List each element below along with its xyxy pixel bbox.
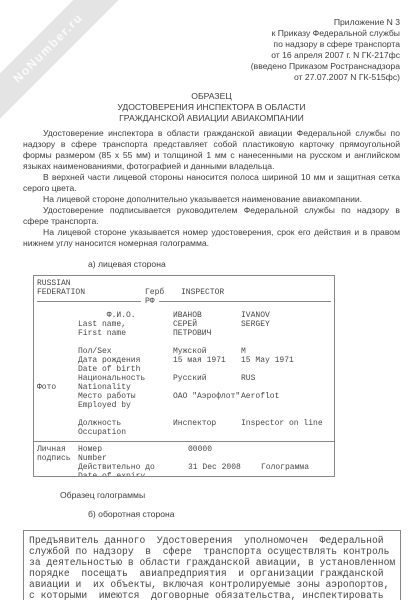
card-field-value-ru: СЕРЕЙ: [173, 320, 241, 329]
card-field-label: Number: [78, 454, 188, 463]
card-photo-label: [37, 329, 78, 338]
divider-line-right: [159, 301, 331, 302]
card-field-label: Должность: [78, 419, 173, 428]
card-field-value: 00000: [188, 445, 261, 454]
card-field-value-en: [241, 410, 334, 419]
card-field-value-en: IVANOV: [241, 311, 334, 320]
card-back-text-line: Предъявитель данного Удостоверения уполн…: [29, 535, 395, 546]
card-field-value-en: [241, 428, 334, 437]
card-hologram-label: Голограмма: [261, 463, 334, 472]
inspector-id-card-front: RUSSIAN FEDERATION Герб INSPECTOR РФ Ф.И…: [33, 275, 335, 477]
card-photo-label: [37, 401, 78, 410]
card-photo-label: Фото: [37, 383, 78, 392]
card-back-text-line: с которыми имеются договорные обязательс…: [29, 590, 395, 600]
card-field-label: Employed by: [78, 401, 173, 410]
document-title-line: ГРАЖДАНСКОЙ АВИАЦИИ АВИАКОМПАНИИ: [23, 113, 400, 124]
card-field-value-ru: 15 мая 1971: [173, 356, 241, 365]
card-field-label: Occupation: [78, 428, 173, 437]
card-field-value-ru: [173, 365, 241, 374]
divider-line-left: [37, 301, 141, 302]
card-photo-label: [37, 410, 78, 419]
card-hologram-label: [261, 445, 334, 454]
card-field-value-en: [241, 401, 334, 410]
document-page: Приложение N 3к Приказу Федеральной служ…: [0, 0, 420, 600]
document-title-line: ОБРАЗЕЦ: [23, 91, 400, 102]
card-field-label: [78, 410, 173, 419]
hologram-sample-label: Образец голограммы: [23, 490, 400, 501]
card-photo-label: [37, 392, 78, 401]
card-field-value: 31 Dec 2008: [188, 463, 261, 472]
card-field-value-ru: [173, 428, 241, 437]
card-field-label: Ф.И.О.: [78, 311, 173, 320]
card-photo-label: [37, 347, 78, 356]
card-signature-label: [37, 472, 78, 477]
card-back-text-line: за деятельностью в области гражданской а…: [29, 557, 395, 568]
card-photo-label: [37, 374, 78, 383]
card-main-fields: Ф.И.О. ИВАНОВ IVANOV Last name, СЕРЕЙ SE…: [34, 311, 334, 437]
front-side-label: а) лицевая сторона: [23, 259, 400, 270]
card-field-value-en: SERGEY: [241, 320, 334, 329]
body-paragraph: В верхней части лицевой стороны наноситс…: [23, 172, 400, 194]
card-field-label: Date of birth: [78, 365, 173, 374]
card-photo-label: [37, 365, 78, 374]
inspector-id-card-back: Предъявитель данного Удостоверения уполн…: [23, 530, 401, 600]
card-field-value-en: [241, 365, 334, 374]
body-paragraphs: Удостоверение инспектора в области гражд…: [23, 128, 400, 249]
document-title: ОБРАЗЕЦУДОСТОВЕРЕНИЯ ИНСПЕКТОРА В ОБЛАСТ…: [23, 91, 400, 124]
card-field-value-ru: Мужской: [173, 347, 241, 356]
card-field-value-ru: Инспектор: [173, 419, 241, 428]
card-field-label: First name: [78, 329, 173, 338]
card-field-value: [188, 472, 261, 477]
body-paragraph: Удостоверение инспектора в области гражд…: [23, 128, 400, 172]
card-field-label: Место работы: [78, 392, 173, 401]
card-field-value-en: M: [241, 347, 334, 356]
card-bottom-fields: Личная Номер 00000 подпись Number Действ…: [34, 441, 334, 477]
card-field-value-ru: ИВАНОВ: [173, 311, 241, 320]
card-field-value-ru: [173, 383, 241, 392]
order-reference-line: от 16 апреля 2007 г. N ГК-217фс: [23, 50, 400, 61]
card-field-value-ru: ОАО "Аэрофлот": [173, 392, 241, 401]
card-hologram-label: [261, 472, 334, 477]
card-field-value-en: Aeroflot: [241, 392, 334, 401]
card-field-label: Last name,: [78, 320, 173, 329]
card-field-value-en: 15 May 1971: [241, 356, 334, 365]
card-photo-label: [37, 419, 78, 428]
card-photo-label: [37, 428, 78, 437]
card-field-label: [78, 338, 173, 347]
card-field-label: Date of expiry: [78, 472, 188, 477]
card-field-value: [188, 454, 261, 463]
body-paragraph: На лицевой стороне дополнительно указыва…: [23, 194, 400, 205]
back-side-label: б) оборотная сторона: [23, 509, 400, 520]
card-field-value-en: [241, 338, 334, 347]
card-country-line1: RUSSIAN: [37, 279, 331, 288]
card-photo-label: [37, 311, 78, 320]
card-heading: INSPECTOR: [181, 288, 224, 297]
card-photo-label: [37, 356, 78, 365]
card-back-text-line: порядке посещать авиапредприятия и орган…: [29, 568, 395, 579]
card-field-label: Дата рождения: [78, 356, 173, 365]
order-reference-line: от 27.07.2007 N ГК-515фс): [23, 72, 400, 83]
card-back-text-line: авиации и их объекты, включая контролиру…: [29, 579, 395, 590]
body-paragraph: На лицевой стороне указывается номер удо…: [23, 227, 400, 249]
order-reference-line: (введено Приказом Ространснадзора: [23, 61, 400, 72]
card-photo-label: [37, 338, 78, 347]
document-title-line: УДОСТОВЕРЕНИЯ ИНСПЕКТОРА В ОБЛАСТИ: [23, 102, 400, 113]
card-header-divider: РФ: [37, 297, 331, 306]
card-signature-label: [37, 463, 78, 472]
card-field-value-ru: [173, 338, 241, 347]
card-field-value-ru: [173, 410, 241, 419]
card-hologram-label: [261, 454, 334, 463]
card-field-value-en: [241, 329, 334, 338]
body-paragraph: Удостоверение подписывается руководителе…: [23, 205, 400, 227]
card-field-label: Nationality: [78, 383, 173, 392]
card-field-value-ru: Русский: [173, 374, 241, 383]
card-field-value-en: RUS: [241, 374, 334, 383]
card-field-label: Номер: [78, 445, 188, 454]
card-emblem-placeholder: Герб: [145, 288, 164, 297]
card-photo-label: [37, 320, 78, 329]
card-field-label: Национальность: [78, 374, 173, 383]
card-field-value-ru: [173, 401, 241, 410]
card-field-label: Действительно до: [78, 463, 188, 472]
card-field-value-en: Inspector on line: [241, 419, 334, 428]
card-country-line2: FEDERATION: [37, 288, 85, 297]
card-field-value-ru: ПЕТРОВИЧ: [173, 329, 241, 338]
order-reference-line: по надзору в сфере транспорта: [23, 39, 400, 50]
card-field-label: Пол/Sex: [78, 347, 173, 356]
card-emblem-abbr: РФ: [141, 297, 159, 306]
card-back-text-line: службой по надзору в сфере транспорта ос…: [29, 546, 395, 557]
card-field-value-en: [241, 383, 334, 392]
card-signature-label: Личная: [37, 445, 78, 454]
card-header: RUSSIAN FEDERATION Герб INSPECTOR РФ: [34, 276, 334, 306]
card-signature-label: подпись: [37, 454, 78, 463]
